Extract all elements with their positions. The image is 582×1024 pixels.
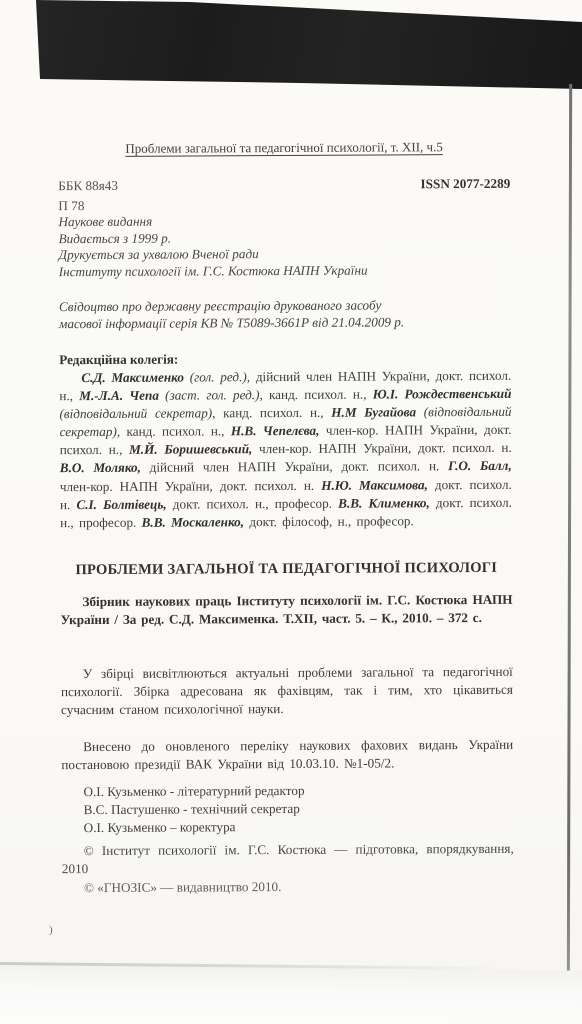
editorial-board-segment: дійсний член НАПН України, докт. психол.… bbox=[150, 459, 449, 476]
editorial-board-segment: докт. філософ, н., професор. bbox=[249, 513, 414, 529]
certificate-line: масової інформації серія КВ № Т5089-3661… bbox=[59, 313, 511, 332]
copyright-institute: © Інститут психології ім. Г.С. Костюка —… bbox=[62, 840, 514, 879]
editorial-board-segment: (гол. ред.), bbox=[190, 369, 256, 384]
edition-info-line: Інституту психології ім. Г.С. Костюка НА… bbox=[59, 261, 511, 280]
vak-listing-note: Внесено до оновленого переліку наукових … bbox=[61, 736, 513, 775]
abstract-paragraph: У збірці висвітлюються актуальні проблем… bbox=[61, 663, 513, 720]
editorial-board-segment: канд. психол. н., bbox=[223, 405, 331, 421]
running-header-title: Проблеми загальної та педагогічної психо… bbox=[58, 138, 510, 158]
editorial-board-segment: В.В. Москаленко, bbox=[142, 514, 250, 530]
editorial-board-segment: М.Й. Боришевський, bbox=[129, 442, 259, 458]
scanned-page-content: Проблеми загальної та педагогічної психо… bbox=[57, 0, 514, 1024]
scan-artifact-stray-mark: ) bbox=[49, 924, 53, 936]
staff-credit-line: В.С. Пастушенко - технічний секретар bbox=[84, 799, 514, 819]
editorial-board-segment: Г.О. Балл, bbox=[448, 458, 512, 473]
editorial-board-segment: Н.В. Чепелєва, bbox=[231, 423, 326, 438]
editorial-board-segment: (відповідальний секретар), bbox=[59, 406, 223, 422]
staff-credits-block: О.І. Кузьменко - літературний редакторВ.… bbox=[61, 781, 513, 838]
collection-bibliographic-info: Збірник наукових праць Інституту психоло… bbox=[60, 591, 512, 629]
editorial-board-segment: В.О. Моляко, bbox=[60, 460, 150, 475]
editorial-board-segment: С.Д. Максименко bbox=[81, 370, 189, 386]
copyright-publisher: © «ГНОЗІС» — видавництво 2010. bbox=[62, 877, 514, 897]
editorial-board-segment: (заст. гол. ред.), bbox=[165, 387, 269, 403]
editorial-board-segment: М.-Л.А. Чепа bbox=[79, 388, 165, 403]
bbk-code: ББК 88я43 bbox=[58, 177, 118, 195]
editorial-board-paragraph: С.Д. Максименко (гол. ред.), дійсний чле… bbox=[59, 367, 512, 532]
scan-artifact-page-edge-line bbox=[567, 84, 572, 986]
editorial-board-segment: канд. психол. н., bbox=[269, 387, 373, 403]
editorial-board-segment: Н.Ю. Максимова, bbox=[321, 477, 435, 493]
editorial-board-segment: Н.М Бугайова bbox=[331, 404, 424, 419]
editorial-board-segment: В.В. Клименко, bbox=[338, 495, 436, 511]
editorial-board-segment: докт. психол. н., професор. bbox=[173, 495, 338, 511]
staff-credit-line: О.І. Кузьменко – коректура bbox=[84, 817, 514, 837]
meta-row: ББК 88я43 ISSN 2077-2289 bbox=[58, 175, 510, 195]
editorial-board-segment: С.І. Болтівець, bbox=[76, 496, 172, 512]
issn-number: ISSN 2077-2289 bbox=[420, 175, 510, 193]
editorial-board-label: Редакційна колегія: bbox=[59, 349, 511, 369]
registration-certificate-block: Свідоцтво про державну реєстрацію друков… bbox=[59, 296, 511, 332]
collection-main-heading: ПРОБЛЕМИ ЗАГАЛЬНОЇ ТА ПЕДАГОГІЧНОЇ ПСИХО… bbox=[60, 559, 512, 579]
editorial-board-segment: канд. психол. н., bbox=[126, 424, 230, 440]
editorial-board-segment: член-кор. НАПН України, докт. психол. н. bbox=[259, 440, 512, 456]
editorial-board-segment: член-кор. НАПН України, докт. психол. н. bbox=[60, 477, 321, 493]
edition-info-block: Наукове виданняВидається з 1999 р.Друкує… bbox=[58, 212, 510, 280]
staff-credit-line: О.І. Кузьменко - літературний редактор bbox=[83, 781, 513, 801]
editorial-board-segment: Ю.І. Рождественський bbox=[373, 386, 512, 402]
